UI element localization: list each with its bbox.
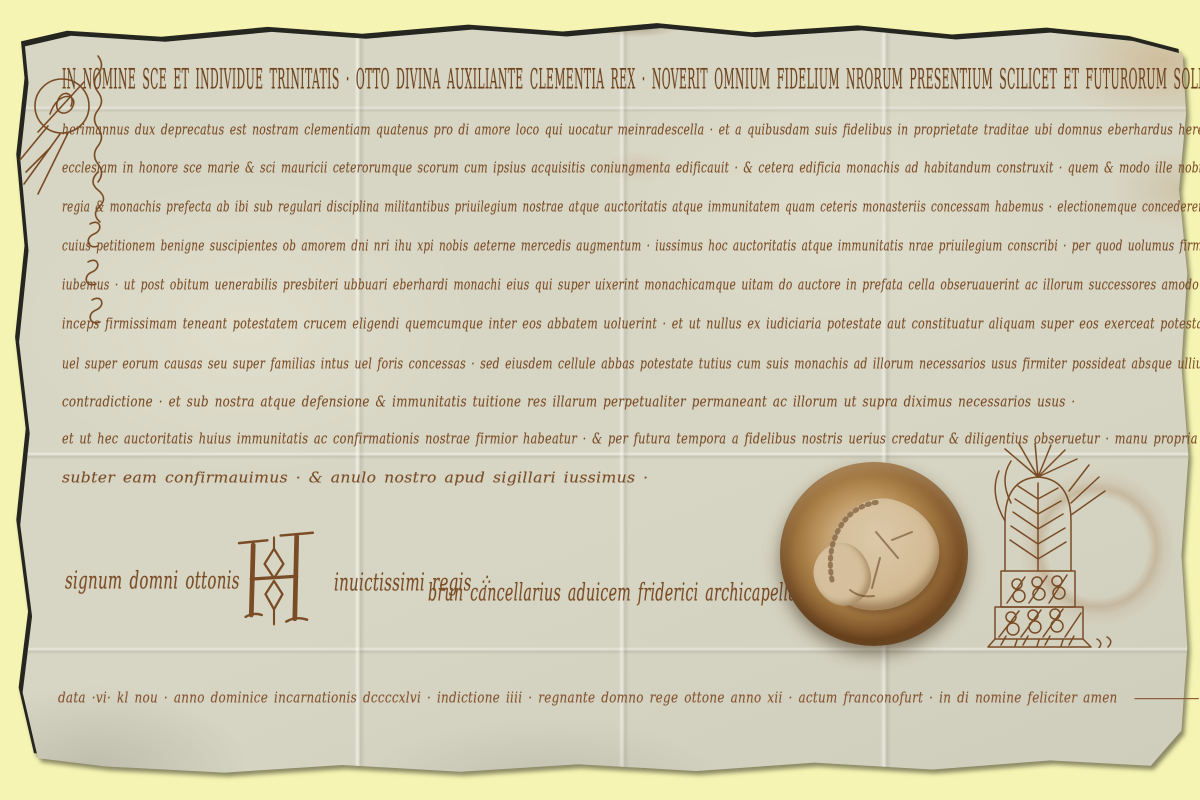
royal-monogram-icon <box>224 528 324 632</box>
charter-text: IN NOMINE SCE ET INDIVIDUE TRINITATIS · … <box>0 0 1200 800</box>
text-line-2: ecclesiam in honore sce marie & sci maur… <box>62 160 1200 177</box>
text-line-4: cuius petitionem benigne suscipientes ob… <box>62 238 1200 255</box>
text-line-5: iubemus · ut post obitum uenerabilis pre… <box>62 277 1200 294</box>
invocation-line: IN NOMINE SCE ET INDIVIDUE TRINITATIS · … <box>62 64 1200 97</box>
seal-detail <box>780 462 968 646</box>
text-line-6: inceps firmissimam teneant potestatem cr… <box>62 316 1200 333</box>
dating-line: data ·vi· kl nou · anno dominice incarna… <box>58 690 1200 707</box>
text-line-3: regia & monachis prefecta ab ibi sub reg… <box>62 199 1200 216</box>
wax-seal <box>780 462 968 646</box>
text-line-1: herimannus dux deprecatus est nostram cl… <box>62 122 1200 139</box>
text-line-7: uel super eorum causas seu super familia… <box>62 356 1200 373</box>
charter-photograph: IN NOMINE SCE ET INDIVIDUE TRINITATIS · … <box>0 0 1200 800</box>
signum-text: signum domni ottonis <box>65 566 240 595</box>
text-line-10: subter eam confirmauimus · & anulo nostr… <box>62 470 648 487</box>
recognition-sign-icon <box>985 443 1125 648</box>
text-line-8: contradictione · et sub nostra atque def… <box>62 394 1075 411</box>
flourish-line <box>1134 698 1198 699</box>
dating-text: data ·vi· kl nou · anno dominice incarna… <box>58 690 1118 707</box>
